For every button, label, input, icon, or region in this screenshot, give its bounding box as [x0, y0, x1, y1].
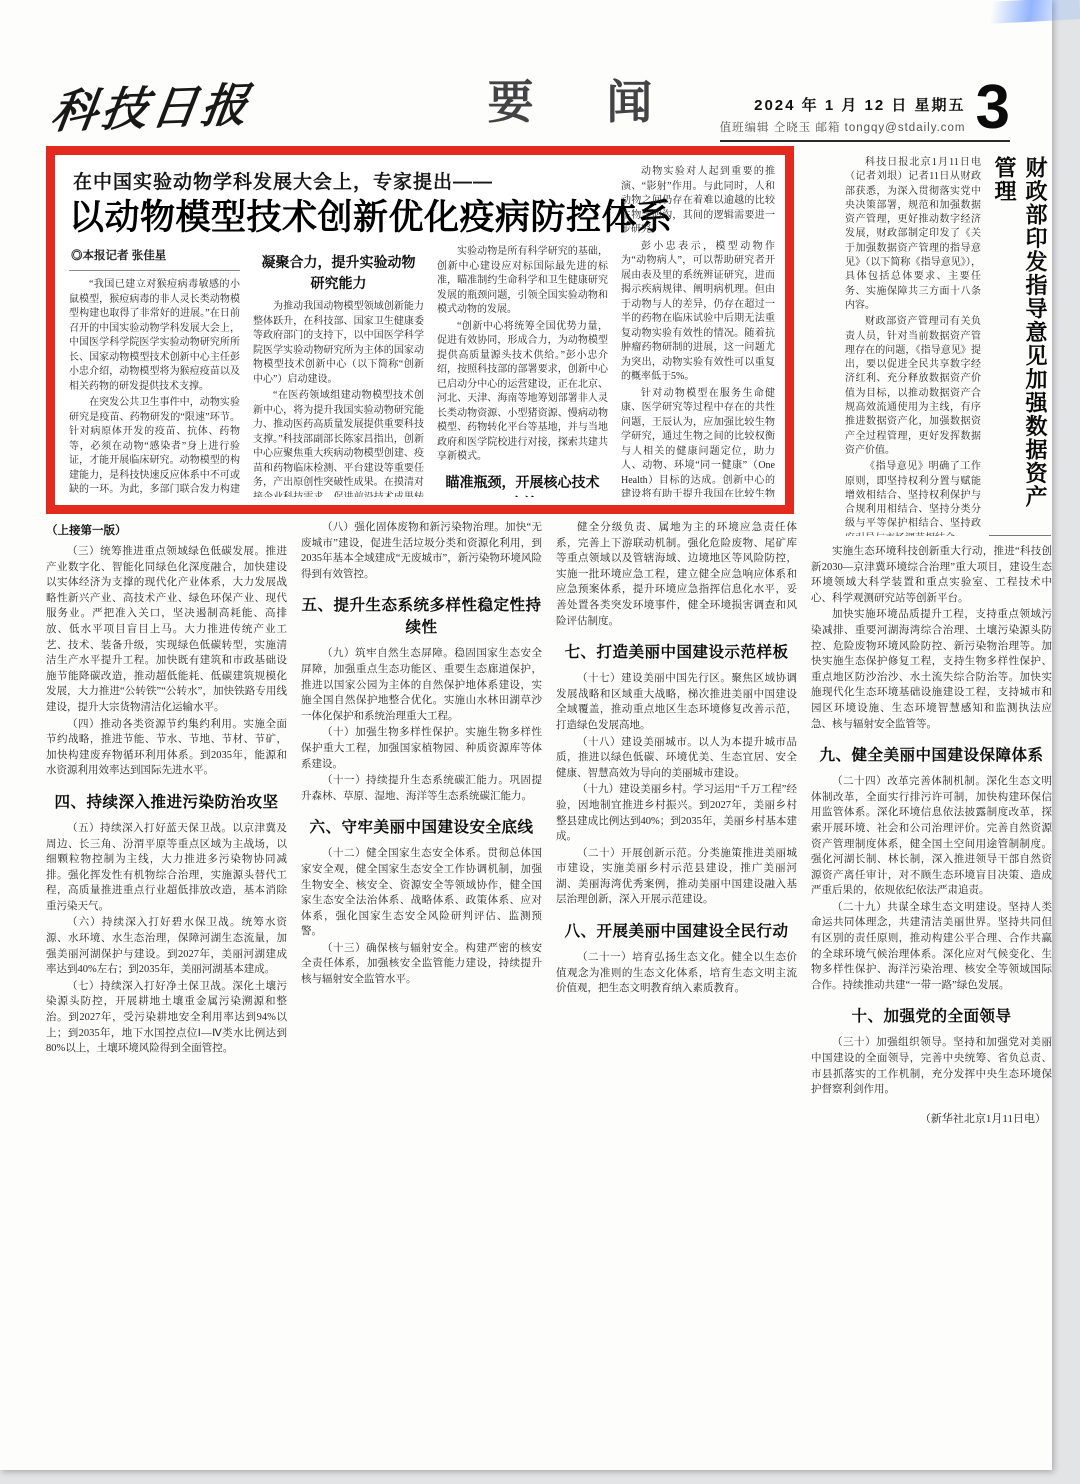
- paragraph: “在医药领域组建动物模型技术创新中心，将为提升我国实验动物研究能力、推动医药高质…: [253, 389, 424, 497]
- paragraph: “我国已建立对猴痘病毒敏感的小鼠模型，猴痘病毒的非人灵长类动物模型构建也取得了非…: [69, 278, 240, 394]
- paragraph: （四）推动各类资源节约集约利用。实施全面节约战略，推进节能、节水、节地、节材、节…: [46, 717, 287, 779]
- paragraph: （十三）确保核与辐射安全。构建严密的核安全责任体系，加强核安全监管能力建设，持续…: [301, 941, 542, 988]
- date-line: 2024 年 1 月 12 日 星期五: [720, 94, 966, 115]
- doc-section-heading: 七、打造美丽中国建设示范样板: [556, 640, 797, 662]
- masthead-logo: 科技日报: [47, 68, 256, 141]
- doc-section-heading: 十、加强党的全面领导: [811, 1004, 1052, 1026]
- continued-from-marker: （上接第一版）: [46, 522, 287, 538]
- paragraph: 实施生态环境科技创新重大行动，推进“科技创新2030—京津冀环境综合治理”重大项…: [811, 544, 1052, 606]
- lead-article-left: 在中国实验动物学科发展大会上，专家提出—— 以动物模型技术创新优化疫病防控体系 …: [69, 165, 609, 497]
- paragraph: （二十）开展创新示范。分类施策推进美丽城市建设，实施美丽乡村示范县建设，推广美丽…: [556, 846, 797, 908]
- doc-section-heading: 四、持续深入推进污染防治攻坚: [46, 790, 287, 812]
- page-number: 3: [976, 82, 1010, 135]
- document-continuation: （上接第一版）（三）统筹推进重点领域绿色低碳发展。推进产业数字化、智能化同绿色化…: [46, 520, 1052, 1462]
- header-meta: 2024 年 1 月 12 日 星期五 值班编辑 仝晓玉 邮箱 tongqy@s…: [720, 82, 1010, 142]
- doc-column-4: 实施生态环境科技创新重大行动，推进“科技创新2030—京津冀环境综合治理”重大项…: [811, 520, 1052, 1462]
- paragraph: （二十九）共谋全球生态文明建设。坚持人类命运共同体理念，共建清洁美丽世界。坚持共…: [811, 900, 1052, 994]
- doc-section-heading: 五、提升生态系统多样性稳定性持续性: [301, 593, 542, 637]
- paragraph: 动物实验对人起到重要的推演、“影射”作用。与此同时，人和动物之间仍存在着难以逾越…: [621, 165, 775, 238]
- paragraph: （二十一）培育弘扬生态文化。健全以生态价值观念为准则的生态文化体系，培育生态文明…: [556, 950, 797, 997]
- lead-article-red-box: 在中国实验动物学科发展大会上，专家提出—— 以动物模型技术创新优化疫病防控体系 …: [46, 146, 794, 514]
- paragraph: （三十）加强组织领导。坚持和加强党对美丽中国建设的全面领导，完善中央统筹、省负总…: [811, 1035, 1052, 1097]
- paragraph: （九）筑牢自然生态屏障。稳固国家生态安全屏障，加强重点生态功能区、重要生态廊道保…: [301, 646, 542, 724]
- paragraph: （八）强化固体废物和新污染物治理。加快“无废城市”建设，促进生活垃圾分类和资源化…: [301, 520, 542, 582]
- doc-section-heading: 六、守牢美丽中国建设安全底线: [301, 815, 542, 837]
- page-header: 科技日报 要 闻 2024 年 1 月 12 日 星期五 值班编辑 仝晓玉 邮箱…: [52, 66, 1038, 150]
- doc-section-heading: 八、开展美丽中国建设全民行动: [556, 919, 797, 941]
- paragraph: （十八）建设美丽城市。以人为本提升城市品质，推进以绿色低碳、环境优美、生态宜居、…: [556, 735, 797, 782]
- paragraph: 科技日报北京1月11日电（记者刘垠）记者11日从财政部获悉，为深入贯彻落实党中央…: [845, 156, 981, 313]
- lead-column-4: 动物实验对人起到重要的推演、“影射”作用。与此同时，人和动物之间仍存在着难以逾越…: [621, 165, 775, 497]
- paragraph: （三）统筹推进重点领域绿色低碳发展。推进产业数字化、智能化同绿色化深度融合，加快…: [46, 544, 287, 716]
- doc-section-heading: 九、健全美丽中国建设保障体系: [811, 743, 1052, 765]
- paragraph: （七）持续深入打好净土保卫战。深化土壤污染源头防控，开展耕地土壤重金属污染溯源和…: [46, 979, 287, 1057]
- finance-article-body: 科技日报北京1月11日电（记者刘垠）记者11日从财政部获悉，为深入贯彻落实党中央…: [845, 156, 981, 536]
- paragraph: 为推动我国动物模型领域创新能力整体跃升，在科技部、国家卫生健康委等政府部门的支持…: [253, 300, 424, 387]
- paragraph: （十一）持续提升生态系统碳汇能力。巩固提升森林、草原、湿地、海洋等生态系统碳汇能…: [301, 773, 542, 804]
- doc-column-2: （八）强化固体废物和新污染物治理。加快“无废城市”建设，促进生活垃圾分类和资源化…: [301, 520, 542, 1462]
- paragraph: “创新中心将统筹全国优势力量，促进有效协同，形成合力，为动物模型提供高质量源头技…: [437, 320, 608, 465]
- lead-column-2: 凝聚合力，提升实验动物研究能力为推动我国动物模型领域创新能力整体跃升，在科技部、…: [253, 245, 424, 497]
- article-subhead: 瞄准瓶颈，开展核心技术攻关: [441, 472, 604, 497]
- paragraph: 加快实施环境品质提升工程，支持重点领域污染减排、重要河湖海湾综合治理、土壤污染源…: [811, 607, 1052, 732]
- lead-columns: ◎本报记者 张佳星“我国已建立对猴痘病毒敏感的小鼠模型，猴痘病毒的非人灵长类动物…: [69, 245, 609, 497]
- doc-column-3: 健全分级负责、属地为主的环境应急责任体系，完善上下游联动机制。强化危险废物、尾矿…: [556, 520, 797, 1462]
- lead-headline: 以动物模型技术创新优化疫病防控体系: [69, 198, 609, 237]
- lead-kicker: 在中国实验动物学科发展大会上，专家提出——: [73, 167, 609, 194]
- byline: ◎本报记者 张佳星: [69, 245, 240, 271]
- paragraph: 针对动物模型在服务生命健康、医学研究等过程中存在的共性问题，王辰认为，应加强比较…: [621, 387, 775, 498]
- paragraph: （六）持续深入打好碧水保卫战。统筹水资源、水环境、水生态治理，保障河湖生态流量，…: [46, 915, 287, 977]
- newspaper-page: { "colors":{"accent_red":"#e32a1e","pape…: [0, 0, 1080, 1484]
- article-subhead: 凝聚合力，提升实验动物研究能力: [257, 252, 420, 294]
- paragraph: （十）加强生物多样性保护。实施生物多样性保护重大工程，加强国家植物园、种质资源库…: [301, 725, 542, 772]
- lead-column-3: 实验动物是所有科学研究的基础，创新中心建设应对标国际最先进的标准，瞄准制约生命科…: [437, 245, 608, 497]
- paragraph: （五）持续深入打好蓝天保卫战。以京津冀及周边、长三角、汾渭平原等重点区域为主战场…: [46, 821, 287, 915]
- doc-column-1: （上接第一版）（三）统筹推进重点领域绿色低碳发展。推进产业数字化、智能化同绿色化…: [46, 520, 287, 1462]
- paragraph: （二十四）改革完善体制机制。深化生态文明体制改革，全面实行排污许可制，加快构建环…: [811, 774, 1052, 899]
- wire-credit: （新华社北京1月11日电）: [811, 1110, 1052, 1126]
- paragraph: 实验动物是所有科学研究的基础，创新中心建设应对标国际最先进的标准，瞄准制约生命科…: [437, 245, 608, 318]
- finance-article-vertical-headline: 财政部印发指导意见加强数据资产管理: [989, 156, 1051, 536]
- paragraph: 彭小忠表示，模型动物作为“动物病人”，可以帮助研究者开展由表及里的系统辨证研究，…: [621, 240, 775, 385]
- finance-article: 科技日报北京1月11日电（记者刘垠）记者11日从财政部获悉，为深入贯彻落实党中央…: [845, 156, 1051, 536]
- paragraph: （十九）建设美丽乡村。学习运用“千万工程”经验，因地制宜推进乡村振兴。到2027…: [556, 782, 797, 844]
- paragraph: 在突发公共卫生事件中，动物实验研究是疫苗、药物研发的“限速”环节。针对病原体开发…: [69, 396, 240, 497]
- section-title: 要 闻: [440, 66, 700, 132]
- photo-glare-artifact: [969, 0, 1080, 25]
- paragraph: 健全分级负责、属地为主的环境应急责任体系，完善上下游联动机制。强化危险废物、尾矿…: [556, 520, 797, 629]
- paragraph: （十七）建设美丽中国先行区。聚焦区域协调发展战略和区域重大战略，梯次推进美丽中国…: [556, 671, 797, 733]
- paragraph: （十二）健全国家生态安全体系。贯彻总体国家安全观，健全国家生态安全工作协调机制，…: [301, 846, 542, 940]
- editor-line: 值班编辑 仝晓玉 邮箱 tongqy@stdaily.com: [720, 119, 966, 135]
- lead-column-1: ◎本报记者 张佳星“我国已建立对猴痘病毒敏感的小鼠模型，猴痘病毒的非人灵长类动物…: [69, 245, 240, 497]
- paragraph: 财政部资产管理司有关负责人员，针对当前数据资产管理存在的问题，《指导意见》提出，…: [845, 315, 981, 458]
